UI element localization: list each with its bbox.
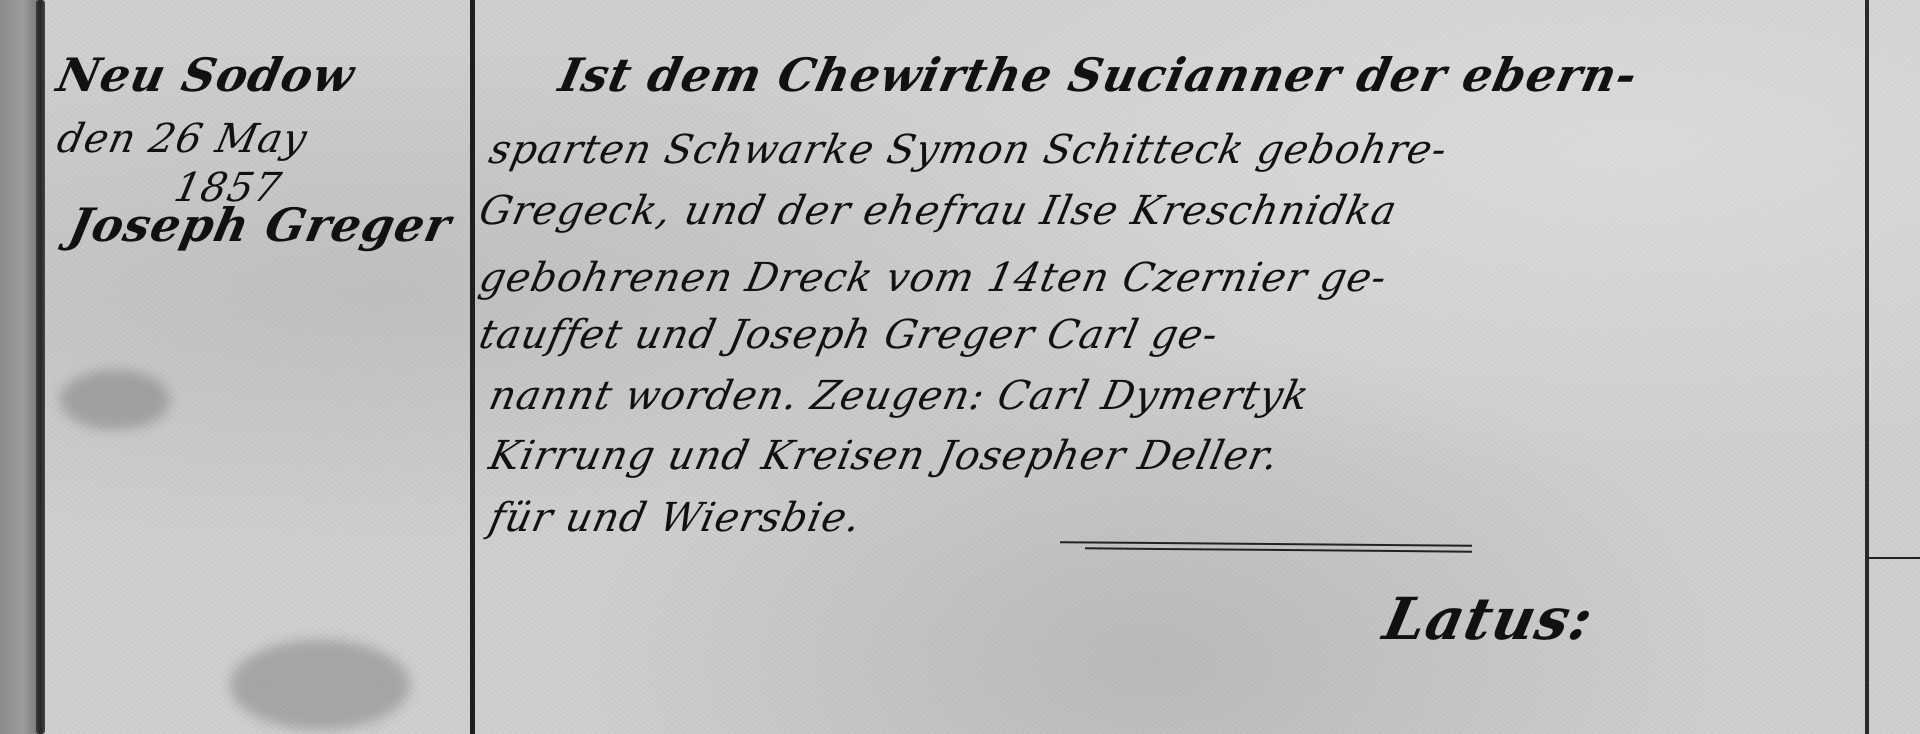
- right-margin-rule: [1865, 0, 1869, 734]
- entry-line-1: Ist dem Chewirthe Sucianner der ebern-: [554, 48, 1642, 102]
- closing-double-rule-bottom: [1085, 547, 1472, 552]
- latus-signature: Latus:: [1378, 585, 1600, 653]
- entry-line-7: Kirrung und Kreisen Josepher Deller.: [485, 433, 1283, 479]
- entry-line-8: für und Wiersbie.: [485, 495, 865, 541]
- entry-line-4: gebohrenen Dreck vom 14ten Czernier ge-: [475, 255, 1391, 301]
- margin-place: Neu Sodow: [52, 48, 360, 102]
- margin-date: den 26 May: [53, 116, 312, 162]
- entry-line-6: nannt worden. Zeugen: Carl Dymertyk: [485, 373, 1313, 419]
- column-divider-rule: [470, 0, 475, 734]
- entry-line-5: tauffet und Joseph Greger Carl ge-: [475, 312, 1223, 358]
- margin-name: Joseph Greger: [64, 198, 456, 252]
- page-edge: [0, 0, 38, 734]
- closing-double-rule-top: [1060, 541, 1472, 547]
- entry-line-3: Gregeck, und der ehefrau Ilse Kreschnidk…: [475, 188, 1401, 234]
- left-margin-rule: [36, 0, 45, 734]
- register-page: Neu Sodow den 26 May 1857 Joseph Greger …: [0, 0, 1920, 734]
- ink-smudge: [60, 370, 170, 430]
- right-column-rule-stub: [1867, 557, 1920, 559]
- ink-smudge: [230, 640, 410, 730]
- entry-line-2: sparten Schwarke Symon Schitteck gebohre…: [485, 127, 1452, 173]
